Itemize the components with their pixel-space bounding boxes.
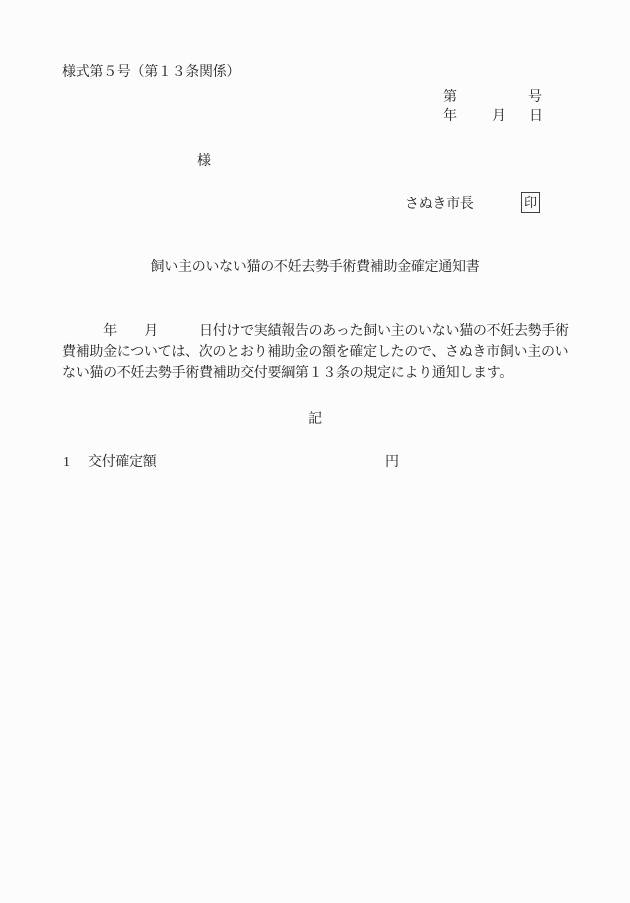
seal-label: 印 [524, 196, 537, 209]
notice-document-page: 様式第５号（第１３条関係） 第 号 年 月 日 様 さぬき市長 印 飼い主のいな… [0, 0, 630, 903]
date-day-label: 日 [529, 108, 543, 125]
item-number: 1 [63, 454, 70, 471]
body-line: 費補助金については、次のとおり補助金の額を確定したので、さぬき市飼い主のい [62, 344, 568, 361]
doc-number-suffix-label: 号 [528, 89, 542, 106]
date-year-label: 年 [443, 108, 457, 125]
doc-number-prefix-label: 第 [443, 89, 457, 106]
item-unit: 円 [385, 454, 399, 471]
addressee-honorific: 様 [197, 153, 211, 170]
document-title: 飼い主のいない猫の不妊去勢手術費補助金確定通知書 [0, 259, 630, 276]
record-marker: 記 [0, 411, 630, 428]
form-number: 様式第５号（第１３条関係） [62, 64, 240, 81]
issuer-name: さぬき市長 [405, 196, 474, 213]
body-line: 年 月 日付けで実績報告のあった飼い主のいない猫の不妊去勢手術 [62, 323, 569, 340]
date-month-label: 月 [492, 108, 506, 125]
item-label: 交付確定額 [88, 454, 157, 471]
seal-stamp-box: 印 [521, 192, 540, 213]
body-line: ない猫の不妊去勢手術費補助交付要綱第１３条の規定により通知します。 [62, 365, 513, 382]
